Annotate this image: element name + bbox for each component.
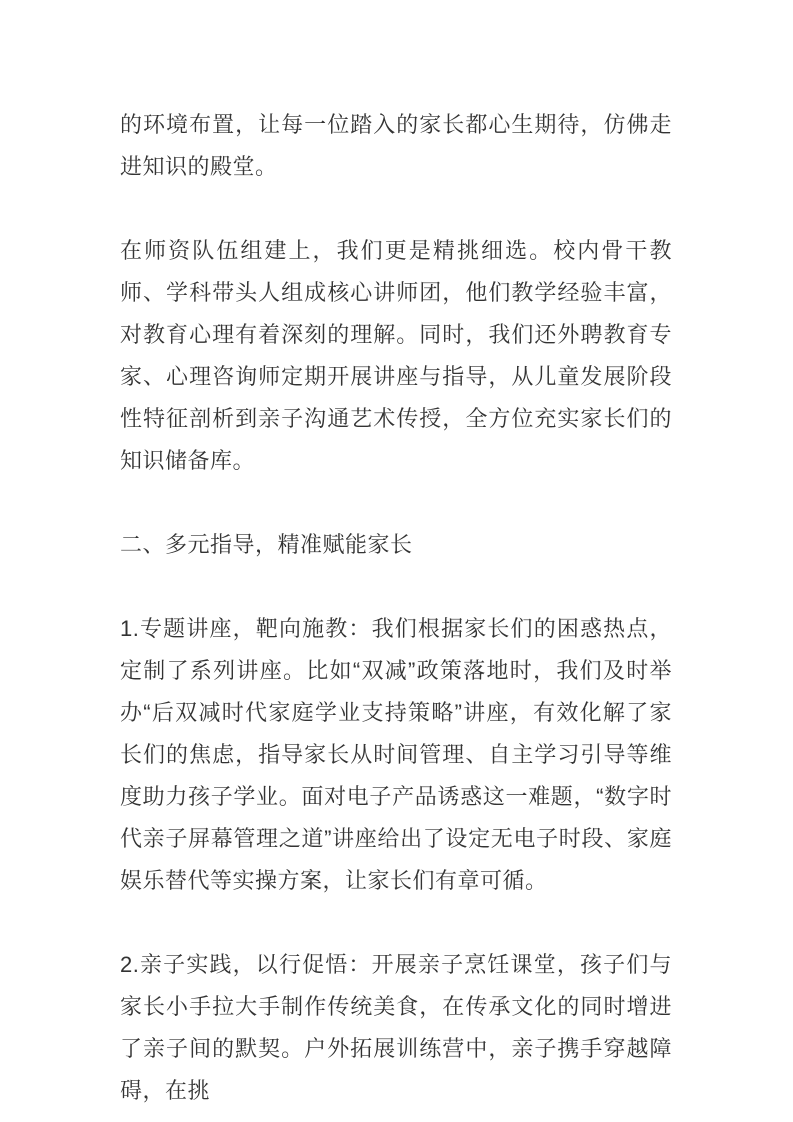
paragraph-teaching-staff: 在师资队伍组建上，我们更是精挑细选。校内骨干教师、学科带头人组成核心讲师团，他们… — [120, 230, 672, 482]
paragraph-parent-child-practice: 2.亲子实践，以行促悟：开展亲子烹饪课堂，孩子们与家长小手拉大手制作传统美食，在… — [120, 944, 672, 1112]
section-heading: 二、多元指导，精准赋能家长 — [120, 524, 672, 566]
document-page: 的环境布置，让每一位踏入的家长都心生期待，仿佛走进知识的殿堂。 在师资队伍组建上… — [0, 0, 793, 1122]
paragraph-environment-continuation: 的环境布置，让每一位踏入的家长都心生期待，仿佛走进知识的殿堂。 — [120, 104, 672, 188]
paragraph-lectures: 1.专题讲座，靶向施教：我们根据家长们的困惑热点，定制了系列讲座。比如“双减”政… — [120, 608, 672, 902]
